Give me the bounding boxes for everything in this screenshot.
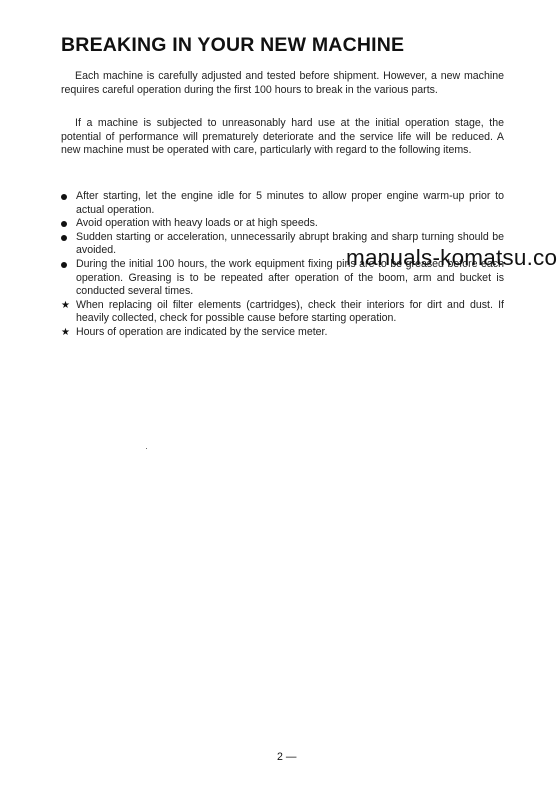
page-title: BREAKING IN YOUR NEW MACHINE xyxy=(61,34,404,57)
list-item: ★ When replacing oil filter elements (ca… xyxy=(61,299,504,326)
list-item-text: Avoid operation with heavy loads or at h… xyxy=(76,217,318,229)
page-number: 2 — xyxy=(277,751,296,763)
list-item-text: When replacing oil filter elements (cart… xyxy=(76,299,504,325)
paragraph-text: If a machine is subjected to unreasonabl… xyxy=(61,117,504,158)
star-icon: ★ xyxy=(61,299,73,313)
list-item-text: Hours of operation are indicated by the … xyxy=(76,326,327,338)
paragraph-text: Each machine is carefully adjusted and t… xyxy=(61,70,504,97)
list-item: Avoid operation with heavy loads or at h… xyxy=(61,217,504,231)
bullet-icon xyxy=(61,258,73,273)
intro-paragraph-1: Each machine is carefully adjusted and t… xyxy=(61,70,504,97)
star-icon: ★ xyxy=(61,326,73,340)
bullet-icon xyxy=(61,217,73,232)
bullet-icon xyxy=(61,231,73,246)
bullet-icon xyxy=(61,190,73,205)
stray-dot xyxy=(146,448,147,449)
list-item-text: After starting, let the engine idle for … xyxy=(76,190,504,216)
watermark-text: manuals-komatsu.co xyxy=(346,245,557,271)
intro-paragraph-2: If a machine is subjected to unreasonabl… xyxy=(61,117,504,158)
list-item: After starting, let the engine idle for … xyxy=(61,190,504,217)
list-item: ★ Hours of operation are indicated by th… xyxy=(61,326,504,340)
